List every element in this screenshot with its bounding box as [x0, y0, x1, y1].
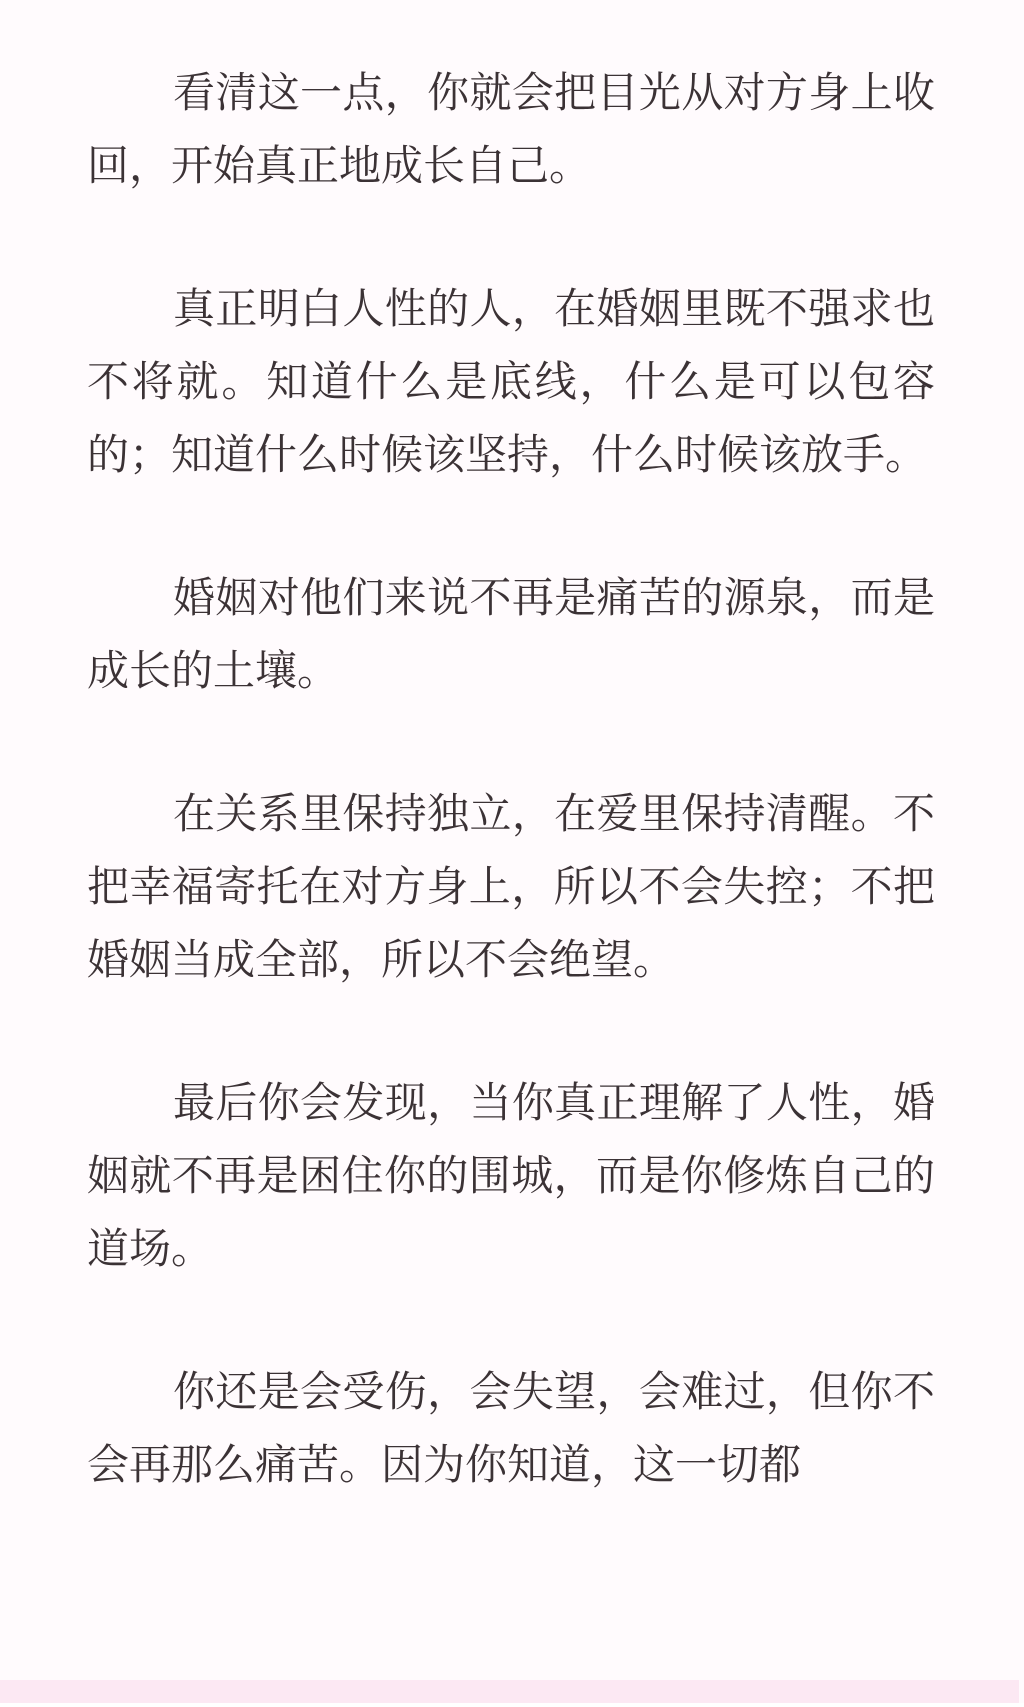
paragraph-3: 婚姻对他们来说不再是痛苦的源泉，而是成长的土壤。	[87, 561, 935, 707]
paragraph-2: 真正明白人性的人，在婚姻里既不强求也不将就。知道什么是底线，什么是可以包容的；知…	[87, 272, 935, 491]
paragraph-5: 最后你会发现，当你真正理解了人性，婚姻就不再是困住你的围城，而是你修炼自己的道场…	[87, 1066, 935, 1285]
paragraph-6: 你还是会受伤，会失望，会难过，但你不会再那么痛苦。因为你知道，这一切都	[87, 1355, 935, 1501]
paragraph-1: 看清这一点，你就会把目光从对方身上收回，开始真正地成长自己。	[87, 56, 935, 202]
decorative-pink-band	[0, 1680, 1019, 1703]
article-body: 看清这一点，你就会把目光从对方身上收回，开始真正地成长自己。 真正明白人性的人，…	[87, 56, 935, 1501]
bottom-edge	[0, 1703, 1024, 1707]
paragraph-4: 在关系里保持独立，在爱里保持清醒。不把幸福寄托在对方身上，所以不会失控；不把婚姻…	[87, 777, 935, 996]
